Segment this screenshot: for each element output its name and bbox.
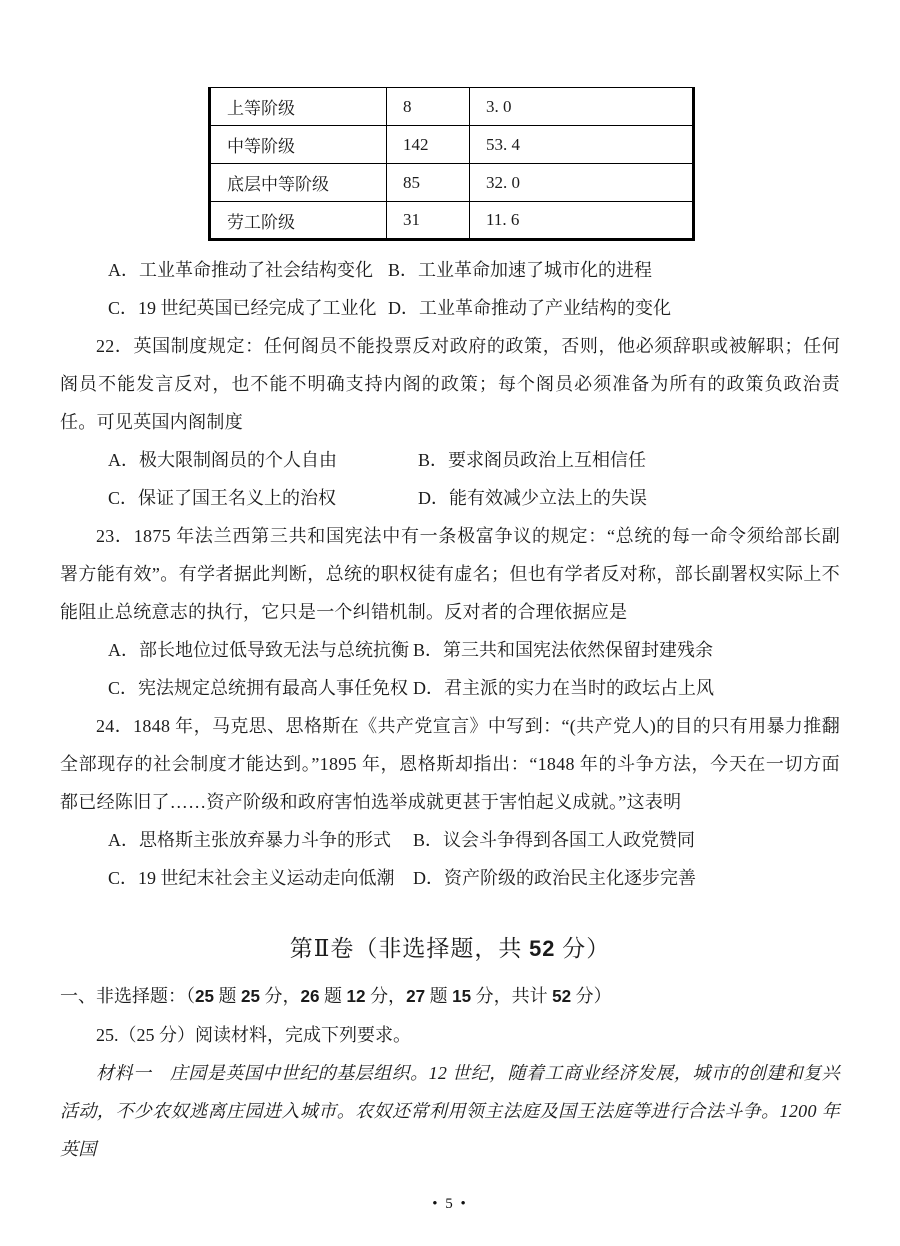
class-label-cell: 劳工阶级 <box>210 202 387 240</box>
option-c: C．宪法规定总统拥有最高人事任免权 <box>108 669 413 707</box>
option-a: A．工业革命推动了社会结构变化 <box>108 251 388 289</box>
table-row: 中等阶级 142 53. 4 <box>210 126 694 164</box>
table-row: 底层中等阶级 85 32. 0 <box>210 164 694 202</box>
option-c: C．保证了国王名义上的治权 <box>108 479 418 517</box>
option-row: A．部长地位过低导致无法与总统抗衡 B．第三共和国宪法依然保留封建残余 <box>108 631 840 669</box>
option-d: D．君主派的实力在当时的政坛占上风 <box>413 669 714 707</box>
class-structure-table: 上等阶级 8 3. 0 中等阶级 142 53. 4 底层中等阶级 85 32.… <box>208 87 695 241</box>
class-label-cell: 底层中等阶级 <box>210 164 387 202</box>
class-count-cell: 85 <box>387 164 470 202</box>
option-row: A．极大限制阁员的个人自由 B．要求阁员政治上互相信任 <box>108 441 840 479</box>
class-count-cell: 8 <box>387 88 470 126</box>
class-count-cell: 31 <box>387 202 470 240</box>
class-count-cell: 142 <box>387 126 470 164</box>
class-percent-cell: 32. 0 <box>470 164 694 202</box>
option-c: C．19 世纪末社会主义运动走向低潮 <box>108 859 413 897</box>
option-a: A．极大限制阁员的个人自由 <box>108 441 418 479</box>
question-24-options: A．思格斯主张放弃暴力斗争的形式 B．议会斗争得到各国工人政党赞同 C．19 世… <box>108 821 840 897</box>
class-percent-cell: 11. 6 <box>470 202 694 240</box>
section-2-header: 第Ⅱ卷（非选择题，共 52 分） <box>60 927 840 971</box>
question-23-text: 23．1875 年法兰西第三共和国宪法中有一条极富争议的规定：“总统的每一命令须… <box>60 517 840 631</box>
page-content: 上等阶级 8 3. 0 中等阶级 142 53. 4 底层中等阶级 85 32.… <box>0 87 900 1213</box>
question-21-options: A．工业革命推动了社会结构变化 B．工业革命加速了城市化的进程 C．19 世纪英… <box>108 251 840 327</box>
option-d: D．工业革命推动了产业结构的变化 <box>388 289 671 327</box>
class-label-cell: 上等阶级 <box>210 88 387 126</box>
option-row: C．19 世纪末社会主义运动走向低潮 D．资产阶级的政治民主化逐步完善 <box>108 859 840 897</box>
table-row: 劳工阶级 31 11. 6 <box>210 202 694 240</box>
page-number: • 5 • <box>60 1196 840 1213</box>
question-22-text: 22．英国制度规定：任何阁员不能投票反对政府的政策，否则，他必须辞职或被解职；任… <box>60 327 840 441</box>
option-a: A．部长地位过低导致无法与总统抗衡 <box>108 631 413 669</box>
question-23-options: A．部长地位过低导致无法与总统抗衡 B．第三共和国宪法依然保留封建残余 C．宪法… <box>108 631 840 707</box>
option-d: D．资产阶级的政治民主化逐步完善 <box>413 859 696 897</box>
option-b: B．议会斗争得到各国工人政党赞同 <box>413 821 695 859</box>
option-b: B．要求阁员政治上互相信任 <box>418 441 646 479</box>
option-row: C．宪法规定总统拥有最高人事任免权 D．君主派的实力在当时的政坛占上风 <box>108 669 840 707</box>
option-row: A．思格斯主张放弃暴力斗争的形式 B．议会斗争得到各国工人政党赞同 <box>108 821 840 859</box>
class-percent-cell: 3. 0 <box>470 88 694 126</box>
exam-page: 上等阶级 8 3. 0 中等阶级 142 53. 4 底层中等阶级 85 32.… <box>0 0 900 1246</box>
option-c: C．19 世纪英国已经完成了工业化 <box>108 289 388 327</box>
option-b: B．工业革命加速了城市化的进程 <box>388 251 652 289</box>
table-row: 上等阶级 8 3. 0 <box>210 88 694 126</box>
class-label-cell: 中等阶级 <box>210 126 387 164</box>
question-25-lead: 25.（25 分）阅读材料，完成下列要求。 <box>60 1016 840 1054</box>
option-a: A．思格斯主张放弃暴力斗争的形式 <box>108 821 413 859</box>
option-b: B．第三共和国宪法依然保留封建残余 <box>413 631 713 669</box>
option-d: D．能有效减少立法上的失误 <box>418 479 647 517</box>
question-24-text: 24．1848 年，马克思、思格斯在《共产党宣言》中写到：“(共产党人)的目的只… <box>60 707 840 821</box>
option-row: C．19 世纪英国已经完成了工业化 D．工业革命推动了产业结构的变化 <box>108 289 840 327</box>
class-percent-cell: 53. 4 <box>470 126 694 164</box>
question-25-material: 材料一 庄园是英国中世纪的基层组织。12 世纪，随着工商业经济发展，城市的创建和… <box>60 1054 840 1168</box>
question-22-options: A．极大限制阁员的个人自由 B．要求阁员政治上互相信任 C．保证了国王名义上的治… <box>108 441 840 517</box>
option-row: C．保证了国王名义上的治权 D．能有效减少立法上的失误 <box>108 479 840 517</box>
section-2-intro: 一、非选择题：（25 题 25 分，26 题 12 分，27 题 15 分，共计… <box>60 977 840 1016</box>
option-row: A．工业革命推动了社会结构变化 B．工业革命加速了城市化的进程 <box>108 251 840 289</box>
